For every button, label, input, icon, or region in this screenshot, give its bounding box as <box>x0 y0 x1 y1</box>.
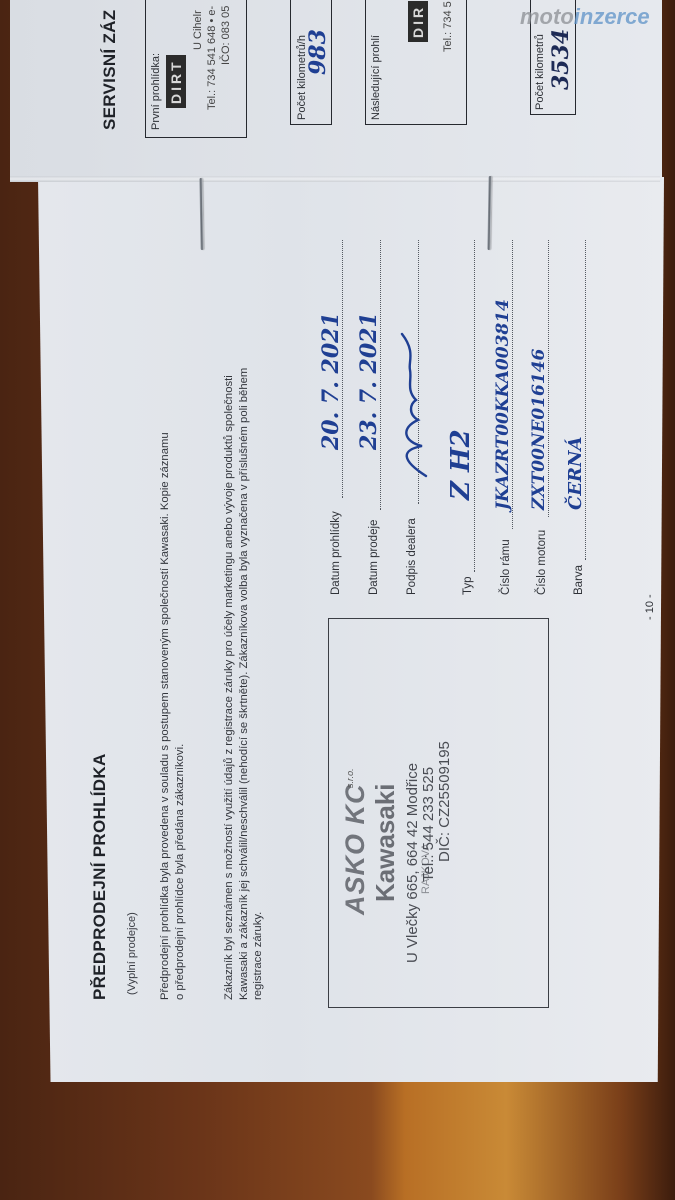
watermark-part-2: inzerce <box>574 4 650 29</box>
page-number: - 10 - <box>644 594 656 620</box>
km-value-1: 983 <box>305 29 331 75</box>
field-label: Podpis dealera <box>406 518 418 595</box>
first-inspection-label: První prohlídka: <box>150 53 162 130</box>
dealer-stamp-vat: DIČ: CZ25509195 <box>436 741 453 862</box>
watermark-logo: motoinzerce <box>520 4 650 30</box>
first-dealer-logo: DIRT <box>166 55 186 108</box>
photo-frame: PŘEDPRODEJNÍ PROHLÍDKA (Vyplní prodejce)… <box>0 0 675 1200</box>
field-label: Typ <box>462 576 474 595</box>
booklet-fold <box>10 176 660 182</box>
field-label: Číslo motoru <box>536 530 548 595</box>
field-dotted-line[interactable] <box>585 240 586 560</box>
second-dealer-logo: DIR <box>408 1 428 42</box>
field-label: Číslo rámu <box>500 539 512 595</box>
dealer-stamp-brand: ASKO KC <box>340 783 371 915</box>
paragraph-line: o předprodejní prohlídce byla předána zá… <box>173 432 188 1000</box>
dealer-stamp-suffix: s.r.o. <box>345 768 355 788</box>
service-records-title: SERVISNÍ ZÁZ <box>100 10 120 130</box>
paragraph-line: Předprodejní prohlídka byla provedena v … <box>158 432 173 1000</box>
dealer-stamp-phone: Tel.: 544 233 525 <box>420 767 437 882</box>
field-label: Datum prohlídky <box>330 511 342 595</box>
field-handwritten-value: 20. 7. 2021 <box>318 312 344 450</box>
first-dealer-street: U Cihelr <box>192 10 204 50</box>
field-handwritten-value: JKAZRT00KKA003814 <box>493 299 513 510</box>
field-handwritten-value: ČERNÁ <box>565 437 586 510</box>
field-handwritten-value: ZXT00NE016146 <box>529 349 549 510</box>
page-subtitle: (Vyplní prodejce) <box>126 912 138 995</box>
dealer-stamp-address: U Vlečky 665, 664 42 Modřice <box>404 763 421 963</box>
km-label-2: Počet kilometrů <box>534 34 546 110</box>
signature-icon <box>396 330 432 480</box>
km-value-2: 3534 <box>548 29 574 90</box>
paragraph-inspection: Předprodejní prohlídka byla provedena v … <box>158 432 187 1000</box>
field-handwritten-value: Z H2 <box>446 429 476 500</box>
first-dealer-company-id: IČO: 083 05 <box>220 6 232 65</box>
field-label: Datum prodeje <box>368 520 380 595</box>
field-dotted-line[interactable] <box>474 240 475 572</box>
watermark-part-1: moto <box>520 4 574 29</box>
second-dealer-phone: Tel.: 734 5 <box>442 1 454 52</box>
field-handwritten-value: 23. 7. 2021 <box>356 312 382 450</box>
next-inspection-label: Následující prohlí <box>370 35 382 120</box>
paragraph-consent: Zákazník byl seznámen s možností využití… <box>222 368 266 1000</box>
paragraph-line: Zákazník byl seznámen s možností využití… <box>222 368 237 1000</box>
dealer-stamp-make: Kawasaki <box>370 783 401 902</box>
field-handwritten-value <box>396 330 437 480</box>
field-label: Barva <box>573 565 585 595</box>
service-booklet: PŘEDPRODEJNÍ PROHLÍDKA (Vyplní prodejce)… <box>0 0 675 1200</box>
paragraph-line: registrace záruky. <box>251 368 266 1000</box>
first-dealer-phone: Tel.: 734 541 648 • e- <box>206 6 218 110</box>
paragraph-line: Kawasaki a zákazník jej schválil/neschvá… <box>237 368 252 1000</box>
page-title: PŘEDPRODEJNÍ PROHLÍDKA <box>90 753 110 1000</box>
